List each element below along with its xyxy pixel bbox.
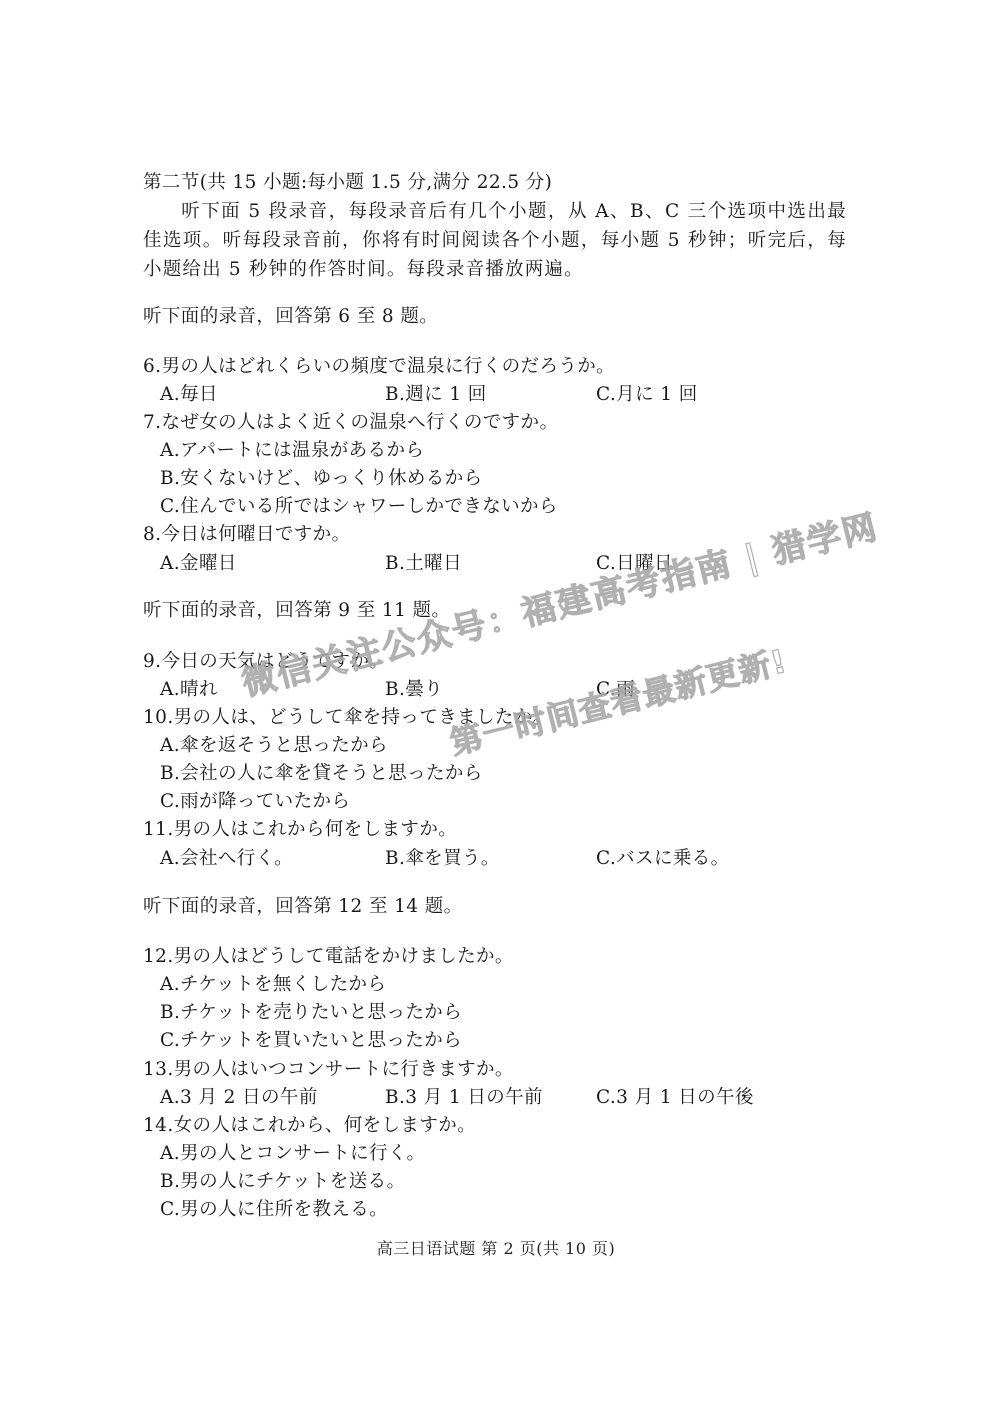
question-6-option-a: A.毎日 [160, 383, 218, 407]
instructions-text: 听下面 5 段录音，每段录音后有几个小题，从 A、B、C 三个选项中选出最佳选项… [143, 201, 847, 280]
section-instructions: 听下面 5 段录音，每段录音后有几个小题，从 A、B、C 三个选项中选出最佳选项… [143, 197, 847, 284]
question-10-stem: 10.男の人は、どうして傘を持ってきましたか。 [143, 706, 552, 730]
question-14-option-c: C.男の人に住所を教える。 [160, 1198, 388, 1222]
question-7-option-a: A.アパートには温泉があるから [160, 439, 424, 463]
question-8-option-a: A.金曜日 [160, 552, 237, 576]
question-8-option-b: B.土曜日 [385, 552, 462, 576]
question-10-option-b: B.会社の人に傘を貸そうと思ったから [160, 762, 483, 786]
question-11-option-c: C.バスに乗る。 [596, 847, 730, 871]
question-12-stem: 12.男の人はどうして電話をかけましたか。 [143, 945, 514, 969]
group-prompt-9-11: 听下面的录音，回答第 9 至 11 题。 [143, 599, 450, 623]
question-14-stem: 14.女の人はこれから、何をしますか。 [143, 1114, 476, 1138]
question-12-option-c: C.チケットを買いたいと思ったから [160, 1029, 462, 1053]
question-10-option-c: C.雨が降っていたから [160, 790, 350, 814]
question-11-stem: 11.男の人はこれから何をしますか。 [143, 818, 457, 842]
question-13-option-a: A.3 月 2 日の午前 [160, 1086, 318, 1110]
question-14-option-b: B.男の人にチケットを送る。 [160, 1170, 405, 1194]
question-9-stem: 9.今日の天気はどうですか。 [143, 650, 388, 674]
question-13-stem: 13.男の人はいつコンサートに行きますか。 [143, 1058, 514, 1082]
question-12-option-a: A.チケットを無くしたから [160, 973, 386, 997]
question-11-option-b: B.傘を買う。 [385, 847, 500, 871]
question-6-stem: 6.男の人はどれくらいの頻度で温泉に行くのだろうか。 [143, 355, 615, 379]
question-7-option-b: B.安くないけど、ゆっくり休めるから [160, 467, 483, 491]
question-13-option-b: B.3 月 1 日の午前 [385, 1086, 543, 1110]
question-11-option-a: A.会社へ行く。 [160, 847, 293, 871]
question-13-option-c: C.3 月 1 日の午後 [596, 1086, 754, 1110]
section-title: 第二节(共 15 小题:每小题 1.5 分,满分 22.5 分) [143, 171, 552, 195]
page-footer: 高三日语试题 第 2 页(共 10 页) [0, 1236, 992, 1259]
group-prompt-12-14: 听下面的录音，回答第 12 至 14 题。 [143, 895, 463, 919]
group-prompt-6-8: 听下面的录音，回答第 6 至 8 题。 [143, 305, 438, 329]
question-6-option-b: B.週に 1 回 [385, 383, 487, 407]
question-9-option-c: C.雨 [596, 678, 635, 702]
exam-page: 第二节(共 15 小题:每小题 1.5 分,满分 22.5 分) 听下面 5 段… [0, 0, 992, 1403]
question-9-option-b: B.曇り [385, 678, 443, 702]
question-8-option-c: C.日曜日 [596, 552, 673, 576]
question-6-option-c: C.月に 1 回 [596, 383, 698, 407]
question-9-option-a: A.晴れ [160, 678, 218, 702]
question-10-option-a: A.傘を返そうと思ったから [160, 734, 388, 758]
question-7-stem: 7.なぜ女の人はよく近くの温泉へ行くのですか。 [143, 411, 558, 435]
question-7-option-c: C.住んでいる所ではシャワーしかできないから [160, 495, 558, 519]
question-8-stem: 8.今日は何曜日ですか。 [143, 523, 350, 547]
question-14-option-a: A.男の人とコンサートに行く。 [160, 1142, 425, 1166]
question-12-option-b: B.チケットを売りたいと思ったから [160, 1001, 462, 1025]
